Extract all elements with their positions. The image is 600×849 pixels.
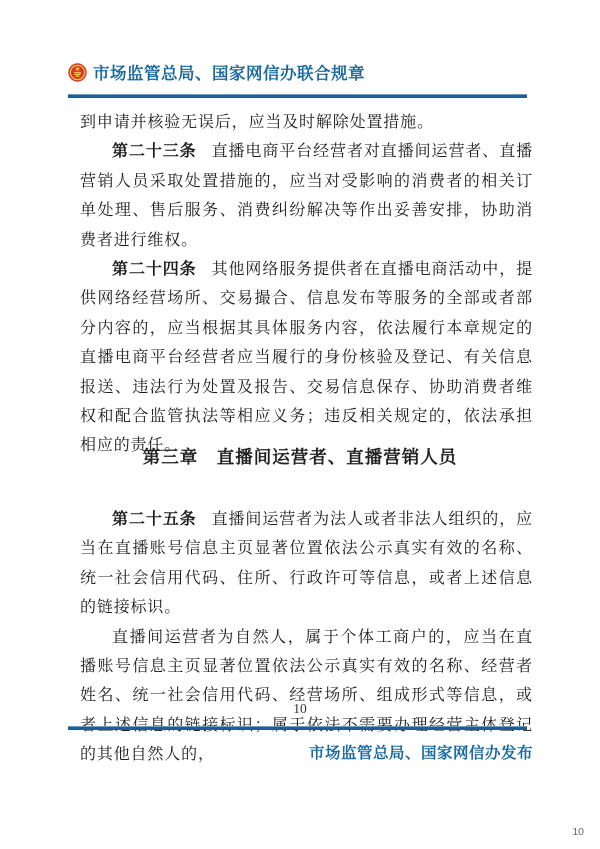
document-body-upper: 到申请并核验无误后，应当及时解除处置措施。 第二十三条直播电商平台经营者对直播间… (80, 108, 533, 461)
article-24-number: 第二十四条 (112, 261, 197, 278)
document-page: 市场监管总局、国家网信办联合规章 到申请并核验无误后，应当及时解除处置措施。 第… (0, 0, 600, 849)
header-title-row: 市场监管总局、国家网信办联合规章 (68, 60, 533, 84)
header-title: 市场监管总局、国家网信办联合规章 (93, 60, 365, 84)
paragraph-continuation: 到申请并核验无误后，应当及时解除处置措施。 (80, 108, 533, 137)
page-header: 市场监管总局、国家网信办联合规章 (68, 60, 533, 98)
article-25-number: 第二十五条 (112, 511, 197, 528)
paragraph-article-25: 第二十五条直播间运营者为法人或者非法人组织的，应当在直播账号信息主页显著位置依法… (80, 505, 533, 623)
footer-divider (68, 726, 527, 730)
article-23-number: 第二十三条 (112, 143, 197, 160)
corner-page-number: 10 (572, 826, 584, 838)
publisher-label: 市场监管总局、国家网信办发布 (68, 741, 533, 763)
paragraph-text: 其他网络服务提供者在直播电商活动中，提供网络经营场所、交易撮合、信息发布等服务的… (80, 261, 533, 454)
page-number: 10 (0, 701, 600, 717)
page-footer: 市场监管总局、国家网信办发布 (68, 726, 533, 763)
chapter-heading: 第三章 直播间运营者、直播营销人员 (0, 444, 600, 469)
national-emblem-icon (68, 63, 87, 82)
paragraph-article-24: 第二十四条其他网络服务提供者在直播电商活动中，提供网络经营场所、交易撮合、信息发… (80, 255, 533, 461)
header-divider (68, 94, 527, 98)
paragraph-article-23: 第二十三条直播电商平台经营者对直播间运营者、直播营销人员采取处置措施的，应当对受… (80, 137, 533, 255)
paragraph-text: 到申请并核验无误后，应当及时解除处置措施。 (80, 114, 434, 131)
